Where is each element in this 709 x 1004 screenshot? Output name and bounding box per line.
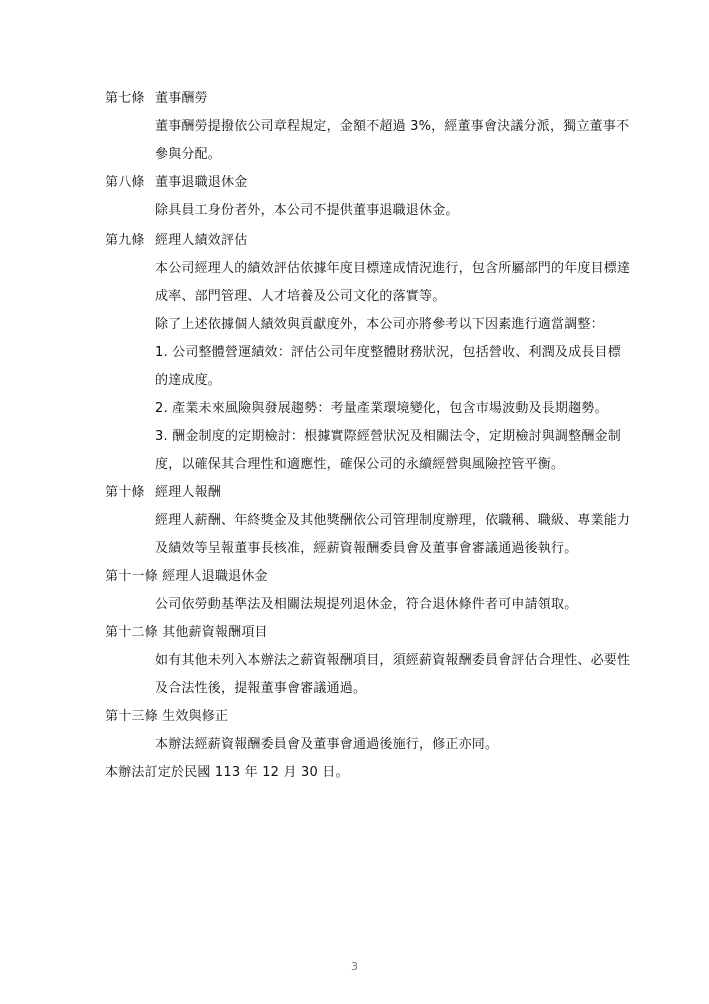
- article-title: 經理人績效評估: [155, 233, 247, 248]
- article-number: 第七條: [105, 91, 155, 107]
- article-number: 第十三條: [105, 709, 158, 724]
- article-body-line: 除了上述依據個人績效與貢獻度外，本公司亦將參考以下因素進行適當調整：: [155, 317, 604, 333]
- article-number: 第十一條: [105, 569, 158, 584]
- article-heading: 第十三條 生效與修正: [105, 709, 228, 725]
- list-item-3: 3. 酬金制度的定期檢討：根據實際經營狀況及相關法令，定期檢討與調整酬金制: [155, 429, 621, 445]
- article-number: 第八條: [105, 175, 155, 191]
- article-heading: 第十條經理人報酬: [105, 485, 221, 501]
- article-heading: 第十二條 其他薪資報酬項目: [105, 625, 268, 641]
- article-body-line: 參與分配。: [155, 147, 221, 163]
- article-heading: 第十一條 經理人退職退休金: [105, 569, 268, 585]
- article-body-line: 經理人薪酬、年終獎金及其他獎酬依公司管理制度辦理，依職稱、職級、專業能力: [155, 513, 630, 529]
- document-page: 第七條董事酬勞 董事酬勞提撥依公司章程規定，金額不超過 3%，經董事會決議分派，…: [0, 0, 709, 1004]
- article-title: 經理人退職退休金: [162, 569, 268, 584]
- article-title: 經理人報酬: [155, 485, 221, 500]
- article-body-line: 除具員工身份者外，本公司不提供董事退職退休金。: [155, 203, 459, 219]
- article-title: 董事酬勞: [155, 91, 208, 106]
- article-body-line: 的達成度。: [155, 373, 221, 389]
- article-body-line: 公司依勞動基準法及相關法規提列退休金，符合退休條件者可申請領取。: [155, 597, 577, 613]
- article-title: 生效與修正: [162, 709, 228, 724]
- article-heading: 第八條董事退職退休金: [105, 175, 247, 191]
- article-body-line: 董事酬勞提撥依公司章程規定，金額不超過 3%，經董事會決議分派，獨立董事不: [155, 119, 629, 135]
- page-number: 3: [0, 960, 709, 973]
- article-number: 第十條: [105, 485, 155, 501]
- article-number: 第十二條: [105, 625, 158, 640]
- article-body-line: 及績效等呈報董事長核准，經薪資報酬委員會及董事會審議通過後執行。: [155, 541, 577, 557]
- article-body-line: 本公司經理人的績效評估依據年度目標達成情況進行，包含所屬部門的年度目標達: [155, 261, 630, 277]
- article-title: 董事退職退休金: [155, 175, 247, 190]
- list-item-2: 2. 產業未來風險與發展趨勢：考量產業環境變化，包含市場波動及長期趨勢。: [155, 401, 608, 417]
- article-body-line: 本辦法經薪資報酬委員會及董事會通過後施行，修正亦同。: [155, 737, 498, 753]
- enactment-date: 本辦法訂定於民國 113 年 12 月 30 日。: [105, 765, 349, 781]
- article-title: 其他薪資報酬項目: [162, 625, 268, 640]
- article-heading: 第九條經理人績效評估: [105, 233, 247, 249]
- article-body-line: 度，以確保其合理性和適應性，確保公司的永續經營與風險控管平衡。: [155, 457, 564, 473]
- article-heading: 第七條董事酬勞: [105, 91, 208, 107]
- article-body-line: 如有其他未列入本辦法之薪資報酬項目，須經薪資報酬委員會評估合理性、必要性: [155, 653, 630, 669]
- article-number: 第九條: [105, 233, 155, 249]
- article-body-line: 成率、部門管理、人才培養及公司文化的落實等。: [155, 289, 445, 305]
- list-item-1: 1. 公司整體營運績效：評估公司年度整體財務狀況，包括營收、利潤及成長目標: [155, 345, 621, 361]
- article-body-line: 及合法性後，提報董事會審議通過。: [155, 681, 366, 697]
